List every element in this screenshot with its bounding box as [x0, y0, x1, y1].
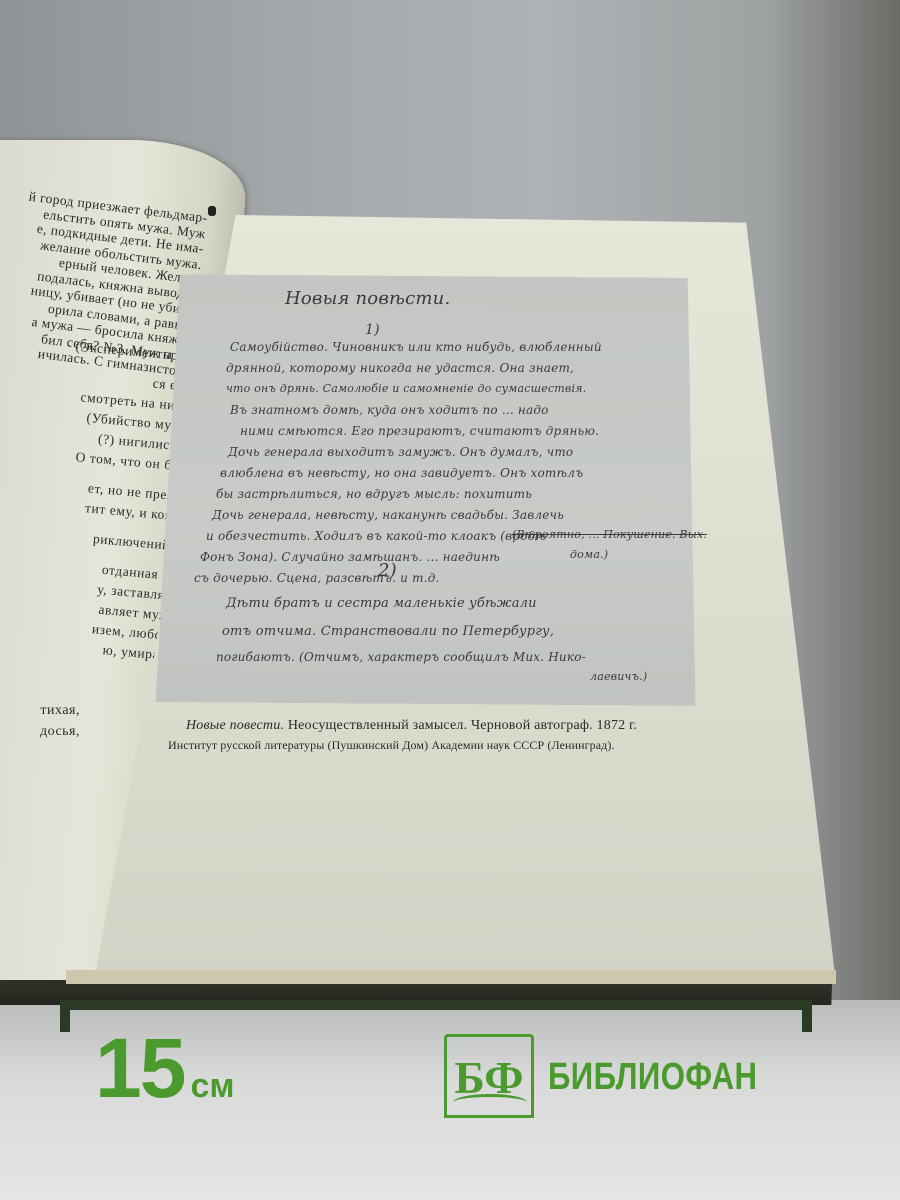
manuscript-line: погибаютъ. (Отчимъ, характеръ сообщилъ М…: [216, 650, 586, 664]
manuscript-section-1: 1): [365, 322, 380, 338]
manuscript-line: и обезчестить. Ходилъ въ какой-то клоакъ…: [206, 529, 546, 543]
caption-title: Новые повести.: [186, 718, 284, 733]
open-book-icon: [453, 1094, 527, 1111]
manuscript-line: Дѣти братъ и сестра маленькіе убѣжали: [226, 596, 537, 611]
manuscript-line: что онъ дрянь. Самолюбіе и самомненіе до…: [226, 382, 586, 395]
manuscript-line: Дочь генерала, невѣсту, наканунѣ свадьбы…: [212, 508, 564, 522]
manuscript-line: ними смѣются. Его презираютъ, считаютъ д…: [240, 424, 599, 438]
manuscript-struck-note: (Вѣроятно, ... Покушение. Вых.: [512, 528, 707, 541]
page-speck: [208, 206, 216, 216]
manuscript-section-2: 2): [378, 560, 397, 581]
size-value: 15: [95, 1021, 184, 1115]
manuscript-line: влюблена въ невѣсту, но она завидуетъ. О…: [220, 466, 583, 480]
manuscript-line: Въ знатномъ домѣ, куда онъ ходитъ по ...…: [230, 403, 549, 417]
brand-name: БИБЛИОФАН: [548, 1056, 757, 1099]
bibliofan-logo: БФ: [444, 1034, 534, 1118]
size-marker: 15см: [95, 1020, 235, 1117]
manuscript-line: отъ отчима. Странствовали по Петербургу,: [222, 624, 554, 639]
manuscript-line: съ дочерью. Сцена, разсвѣтъ. и т.д.: [194, 571, 440, 585]
manuscript-title: Новыя повѣсти.: [285, 288, 450, 309]
manuscript-line: бы застрѣлиться, но вдругъ мысль: похити…: [216, 487, 532, 501]
page-edges: [66, 970, 836, 984]
figure-source: Институт русской литературы (Пушкинский …: [168, 738, 708, 753]
caption-description: Неосуществленный замысел. Черновой автог…: [284, 718, 637, 733]
manuscript-line: Самоубійство. Чиновникъ или кто нибудь, …: [230, 340, 602, 354]
manuscript-line: Фонъ Зона). Случайно замѣшанъ. ... наеди…: [200, 550, 500, 564]
size-unit: см: [190, 1067, 234, 1105]
manuscript-line: дрянной, которому никогда не удастся. Он…: [226, 361, 574, 375]
figure-caption: Новые повести. Неосуществленный замысел.…: [186, 718, 706, 734]
left-page-text-bottom: тихая, досья,: [0, 700, 80, 742]
manuscript-line: Дочь генерала выходитъ замужъ. Онъ думал…: [228, 445, 573, 459]
manuscript-struck-note-end: дома.): [570, 548, 608, 561]
manuscript-signature: лаевичъ.): [590, 670, 647, 683]
